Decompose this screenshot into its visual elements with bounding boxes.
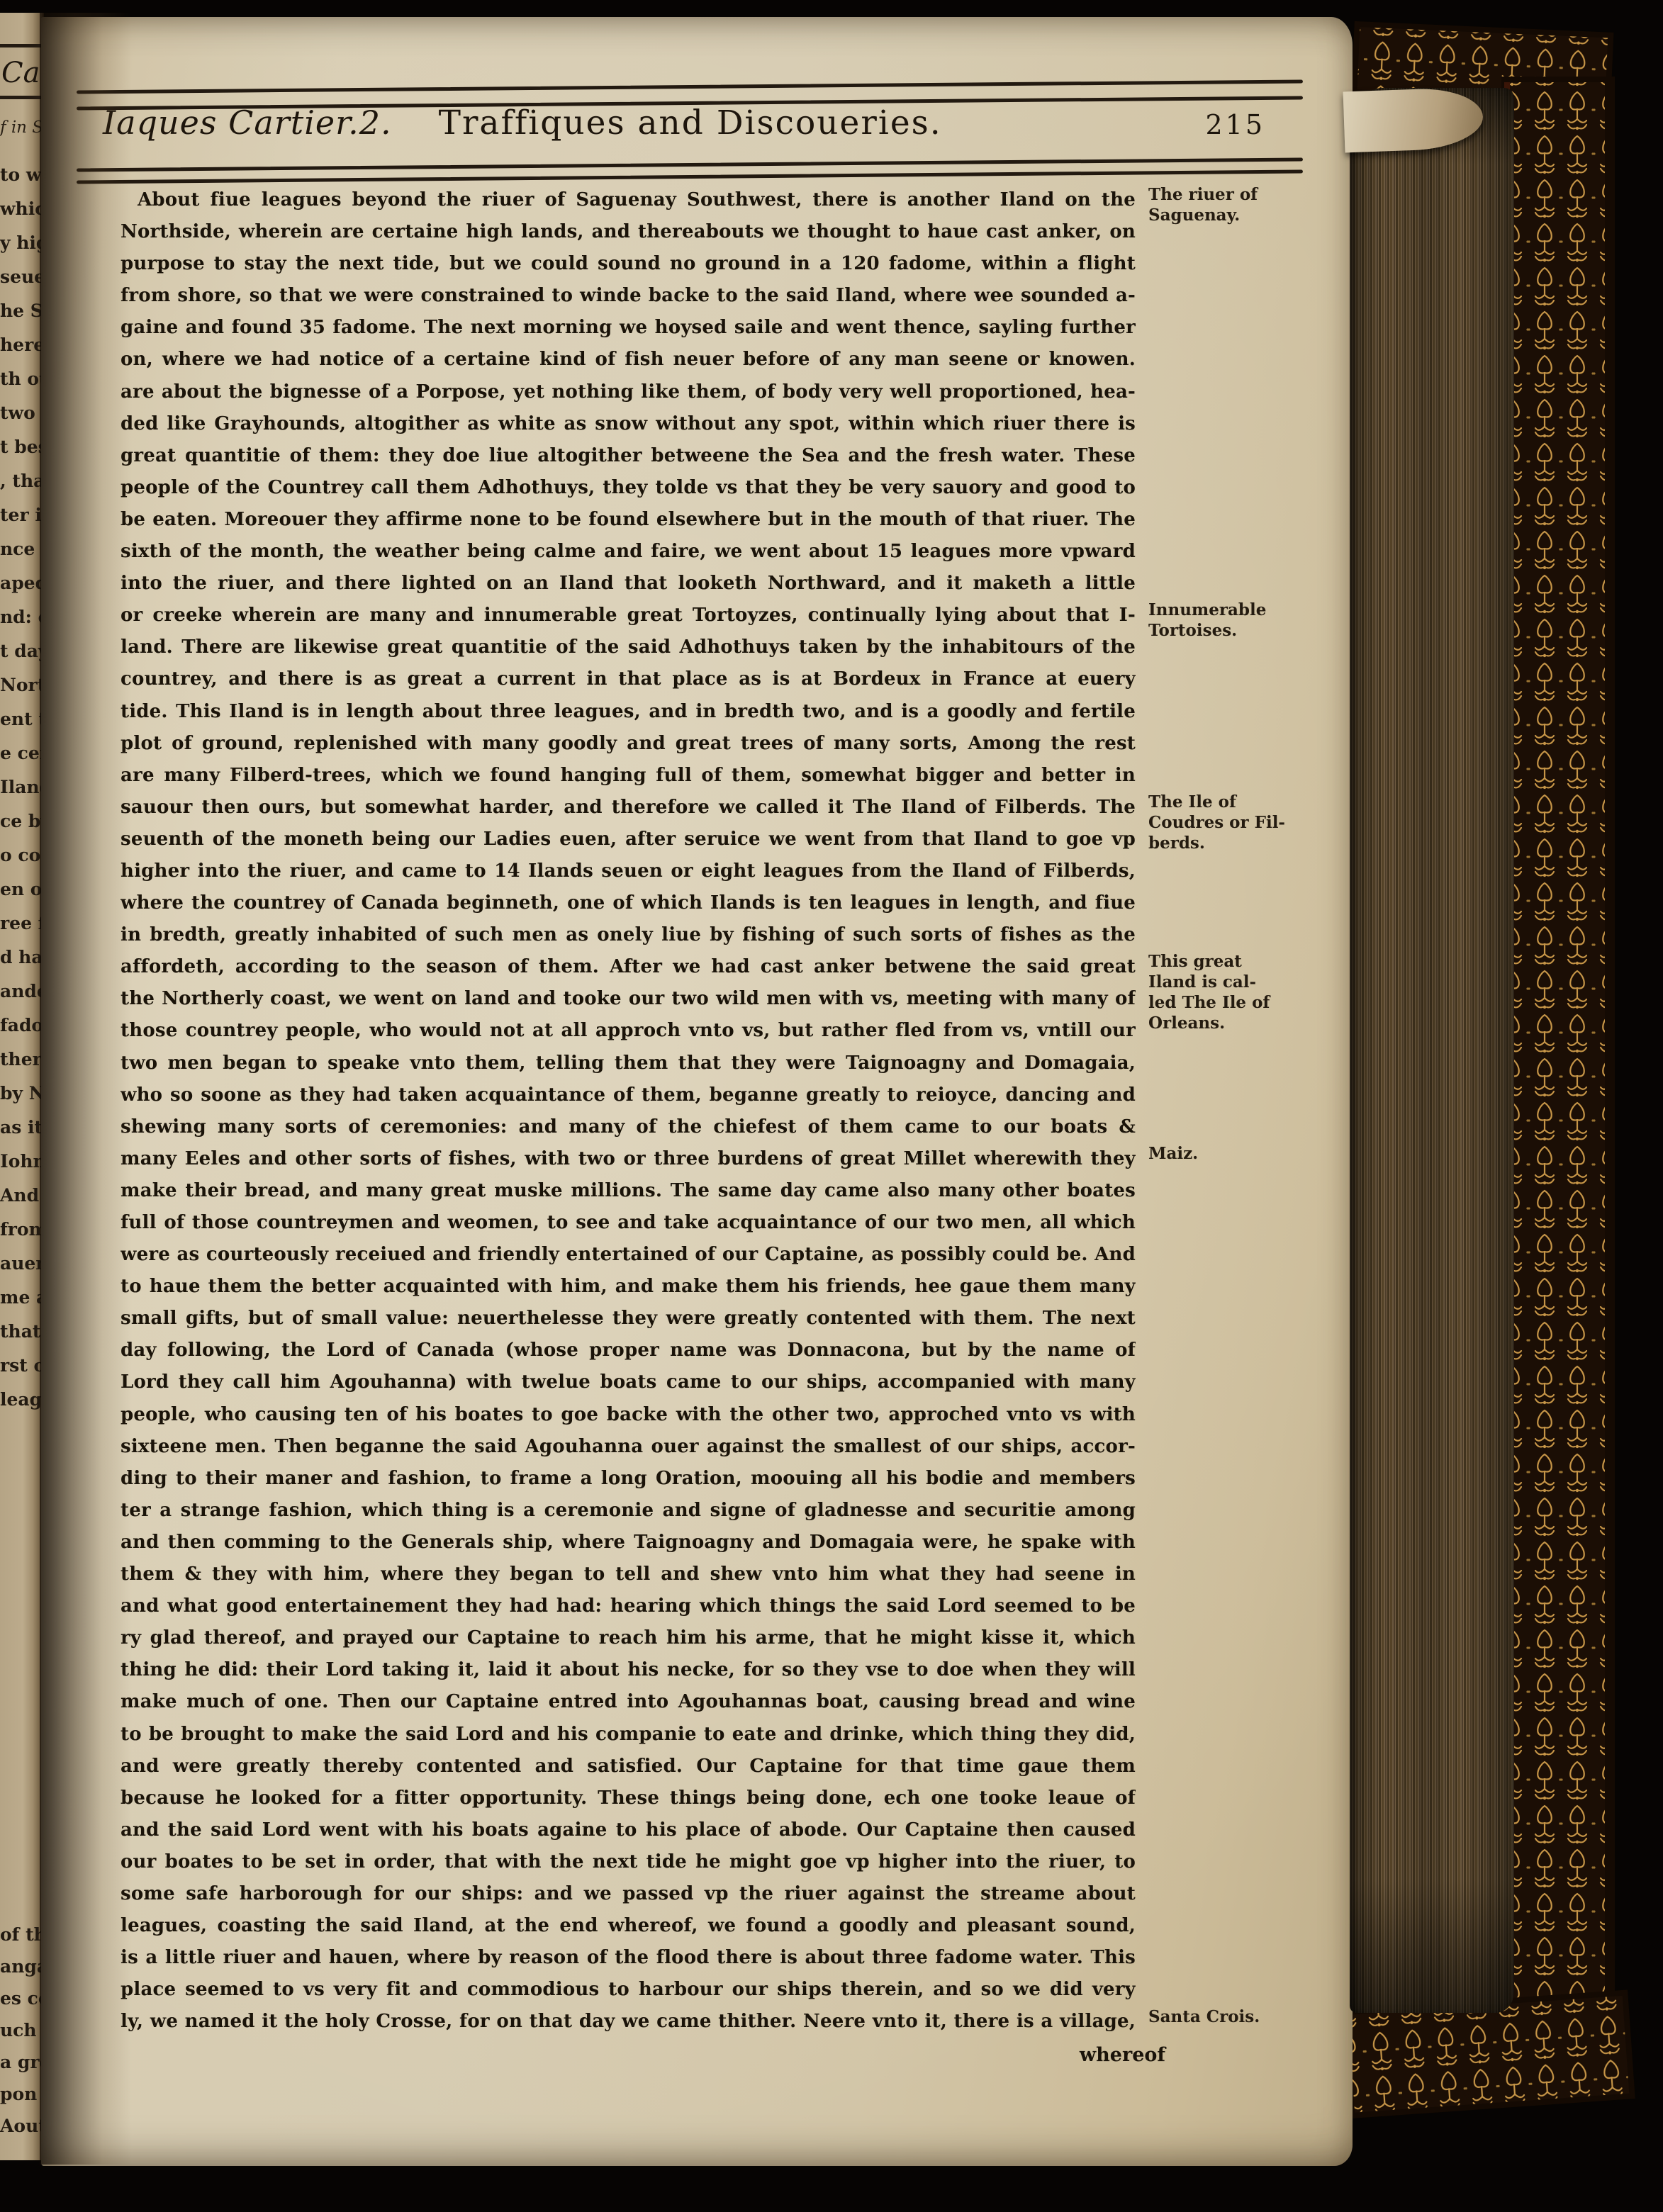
body-line: into the riuer, and there lighted on an …	[121, 568, 1136, 600]
margin-note-line: Iland is cal-	[1148, 972, 1318, 992]
body-line: make much of one. Then our Captaine entr…	[121, 1686, 1136, 1718]
body-line: land. There are likewise great quantitie…	[121, 631, 1136, 663]
body-line: tide. This Iland is in length about thre…	[121, 696, 1136, 728]
fore-edge-page-stack	[1350, 88, 1514, 2013]
catchword: whereof	[121, 2045, 1165, 2065]
facing-page-line-fragment: ce by occasi	[0, 804, 44, 838]
facing-page-line-fragment: which run	[0, 192, 44, 226]
body-line: the Northerly coast, we went on land and…	[121, 983, 1136, 1015]
facing-page-line-fragment: nce of which	[0, 532, 44, 566]
facing-page-line-fragment: e certified	[0, 736, 44, 770]
facing-page-line-fragment: that is no	[0, 1315, 44, 1349]
body-line: two men began to speake vnto them, telli…	[121, 1048, 1136, 1079]
body-line: in bredth, greatly inhabited of such men…	[121, 919, 1136, 951]
body-line: higher into the riuer, and came to 14 Il…	[121, 855, 1136, 887]
body-line: ded like Grayhounds, altogither as white…	[121, 408, 1136, 440]
facing-page-line-fragment: seuen very	[0, 260, 44, 294]
body-line: countrey, and there is as great a curren…	[121, 663, 1136, 695]
book-page: Iaques Cartier.2. Traffiques and Discoue…	[41, 17, 1353, 2166]
facing-page-line-fragment: y high land	[0, 226, 44, 260]
facing-page-line-fragment: Iohns Ilan	[0, 1145, 44, 1179]
facing-page-line-fragment: andes, and	[0, 975, 44, 1009]
body-line: affordeth, according to the season of th…	[121, 951, 1136, 983]
body-line: sixth of the month, the weather being ca…	[121, 536, 1136, 568]
body-line: who so soone as they had taken acquainta…	[121, 1079, 1136, 1111]
body-line: full of those countreymen and weomen, to…	[121, 1207, 1136, 1239]
running-title: Traffiques and Discoueries.	[439, 106, 942, 140]
body-line: ter a strange fashion, which thing is a …	[121, 1495, 1136, 1527]
body-line: ding to their maner and fashion, to fram…	[121, 1463, 1136, 1495]
body-text: About fiue leagues beyond the riuer of S…	[121, 184, 1136, 2038]
facing-page-line-fragment: pon twic	[0, 2077, 44, 2111]
body-line: Lord they call him Agouhanna) with twelu…	[121, 1366, 1136, 1398]
body-line: are many Filberd-trees, which we found h…	[121, 760, 1136, 792]
facing-page-header-fragment: Cartier.2	[0, 44, 44, 99]
facing-page-line-fragment: me at the	[0, 1281, 44, 1315]
body-line: from shore, so that we were constrained …	[121, 280, 1136, 312]
facing-page-line-fragment: es compas	[0, 1982, 44, 2016]
body-line: sauour then ours, but somewhat harder, a…	[121, 792, 1136, 824]
running-title-italic: Iaques Cartier.2.	[103, 106, 392, 139]
facing-page-line-fragment: ent to disco	[0, 702, 44, 736]
facing-page-line-fragment: of them, t	[0, 1918, 44, 1952]
body-line: sixteene men. Then beganne the said Agou…	[121, 1431, 1136, 1463]
margin-note: Maiz.	[1148, 1143, 1318, 1164]
binding-right-tooling	[1510, 82, 1605, 2062]
body-line: and what good entertainement they had ha…	[121, 1590, 1136, 1622]
margin-note-line: Coudres or Fil-	[1148, 812, 1318, 833]
body-line: people, who causing ten of his boates to…	[121, 1399, 1136, 1431]
facing-page-line-fragment: uch Iland	[0, 2014, 44, 2048]
facing-page-line-fragment: nd: of which	[0, 600, 44, 634]
body-line: leagues, coasting the said Iland, at the…	[121, 1910, 1136, 1942]
body-line: to haue them the better acquainted with …	[121, 1271, 1136, 1303]
facing-page-line-fragment: th our boat	[0, 362, 44, 396]
facing-page-line-fragment: en on the S	[0, 872, 44, 906]
facing-page-line-fragment: ter is as fre	[0, 498, 44, 532]
body-line: ly, we named it the holy Crosse, for on …	[121, 2006, 1136, 2038]
margin-note-line: The riuer of	[1148, 184, 1318, 205]
body-line: and then comming to the Generals ship, w…	[121, 1527, 1136, 1559]
body-line: many Eeles and other sorts of fishes, wi…	[121, 1143, 1136, 1175]
body-line: are about the bignesse of a Porpose, yet…	[121, 376, 1136, 408]
facing-page-line-fragment: to wind bef	[0, 158, 44, 192]
facing-page-line-fragment: leagues f	[0, 1383, 44, 1417]
facing-page-line-fragment: here are g	[0, 328, 44, 362]
body-line: day following, the Lord of Canada (whose…	[121, 1335, 1136, 1366]
body-line: on, where we had notice of a certaine ki…	[121, 344, 1136, 376]
margin-note-line: Maiz.	[1148, 1143, 1318, 1164]
body-line: About fiue leagues beyond the riuer of S…	[121, 184, 1136, 216]
facing-page-line-fragment: And befor	[0, 1179, 44, 1213]
facing-page-line-fragment: d hauen to	[0, 941, 44, 975]
facing-page-line-fragment: auen of S.Ioh	[0, 1247, 44, 1281]
body-line: them & they with him, where they began t…	[121, 1559, 1136, 1590]
body-line: thing he did: their Lord taking it, laid…	[121, 1654, 1136, 1686]
facing-page-line-fragment: t best boun	[0, 430, 44, 464]
margin-note-line: Orleans.	[1148, 1013, 1318, 1033]
body-line: small gifts, but of small value: neuerth…	[121, 1303, 1136, 1335]
margin-note-line: Saguenay.	[1148, 205, 1318, 225]
body-line: is a little riuer and hauen, where by re…	[121, 1942, 1136, 1974]
body-line: place seemed to vs very fit and commodio…	[121, 1974, 1136, 2006]
body-line: seuenth of the moneth being our Ladies e…	[121, 824, 1136, 855]
margin-note-line: led The Ile of	[1148, 992, 1318, 1013]
facing-page-line-fragment: from the	[0, 1213, 44, 1247]
facing-page-line-fragment: angarous	[0, 1950, 44, 1984]
margin-note-line: This great	[1148, 951, 1318, 972]
margin-note-line: berds.	[1148, 833, 1318, 853]
facing-page-line-fragment: ther fiftee	[0, 1043, 44, 1077]
header-rule	[77, 157, 1303, 172]
facing-page-line-fragment: , that with	[0, 464, 44, 498]
facing-page-line-fragment: fadome w	[0, 1009, 44, 1043]
body-line: Northside, wherein are certaine high lan…	[121, 216, 1136, 248]
margin-note: InnumerableTortoises.	[1148, 600, 1318, 641]
margin-note-line: The Ile of	[1148, 792, 1318, 812]
body-line: purpose to stay the next tide, but we co…	[121, 248, 1136, 280]
header-rule	[77, 79, 1303, 94]
body-line: our boates to be set in order, that with…	[121, 1846, 1136, 1878]
facing-page-line-fragment: Northerne	[0, 668, 44, 702]
facing-page-line-fragment: t day we ho	[0, 634, 44, 668]
facing-page-line-fragment: aped like h	[0, 566, 44, 600]
margin-note: The riuer ofSaguenay.	[1148, 184, 1318, 225]
body-line: and were greatly thereby contented and s…	[121, 1751, 1136, 1782]
body-line: or creeke wherein are many and innumerab…	[121, 600, 1136, 631]
body-line: where the countrey of Canada beginneth, …	[121, 887, 1136, 919]
body-line: ry glad thereof, and prayed our Captaine…	[121, 1622, 1136, 1654]
facing-page-line-fragment: rst of Squi	[0, 1349, 44, 1383]
facing-page-line-fragment: as it wer	[0, 1111, 44, 1145]
body-line: because he looked for a fitter opportuni…	[121, 1782, 1136, 1814]
body-line: were as courteously receiued and friendl…	[121, 1239, 1136, 1271]
body-line: and the said Lord went with his boats ag…	[121, 1814, 1136, 1846]
facing-page-line-fragment: o come out	[0, 838, 44, 872]
body-line: make their bread, and many great muske m…	[121, 1175, 1136, 1207]
facing-page-line-fragment: by North	[0, 1077, 44, 1111]
body-line: some safe harborough for our ships: and …	[121, 1878, 1136, 1910]
margin-note-line: Innumerable	[1148, 600, 1318, 620]
facing-page-line-fragment: ree flat Ilan	[0, 906, 44, 941]
margin-note-line: Santa Crois.	[1148, 2006, 1318, 2027]
margin-note-line: Tortoises.	[1148, 620, 1318, 641]
body-line: to be brought to make the said Lord and …	[121, 1719, 1136, 1751]
facing-page-line-fragment: Aout	[0, 2109, 44, 2143]
facing-page-line-fragment: two leagues	[0, 396, 44, 430]
margin-note: Santa Crois.	[1148, 2006, 1318, 2027]
facing-page-margin-fragment: f in Saint La	[0, 119, 44, 137]
facing-page-edge: Cartier.2 f in Saint La to wind befwhich…	[0, 13, 44, 2160]
running-header: Iaques Cartier.2. Traffiques and Discoue…	[80, 106, 1306, 140]
body-line: people of the Countrey call them Adhothu…	[121, 472, 1136, 504]
page-number: 215	[1205, 111, 1265, 138]
scanned-book-photo: { "header": { "running_title_italic": "I…	[0, 0, 1663, 2212]
facing-page-line-fragment: a great w	[0, 2045, 44, 2079]
body-line: those countrey people, who would not at …	[121, 1015, 1136, 1047]
margin-note: The Ile ofCoudres or Fil-berds.	[1148, 792, 1318, 853]
facing-page-line-fragment: he South	[0, 294, 44, 328]
body-line: be eaten. Moreouer they affirme none to …	[121, 504, 1136, 536]
facing-page-line-fragment: Ilands, wh	[0, 770, 44, 804]
body-line: plot of ground, replenished with many go…	[121, 728, 1136, 760]
header-rule	[77, 169, 1303, 184]
body-line: gaine and found 35 fadome. The next morn…	[121, 312, 1136, 344]
body-line: great quantitie of them: they doe liue a…	[121, 440, 1136, 472]
margin-note: This greatIland is cal-led The Ile ofOrl…	[1148, 951, 1318, 1033]
body-line: shewing many sorts of ceremonies: and ma…	[121, 1111, 1136, 1143]
